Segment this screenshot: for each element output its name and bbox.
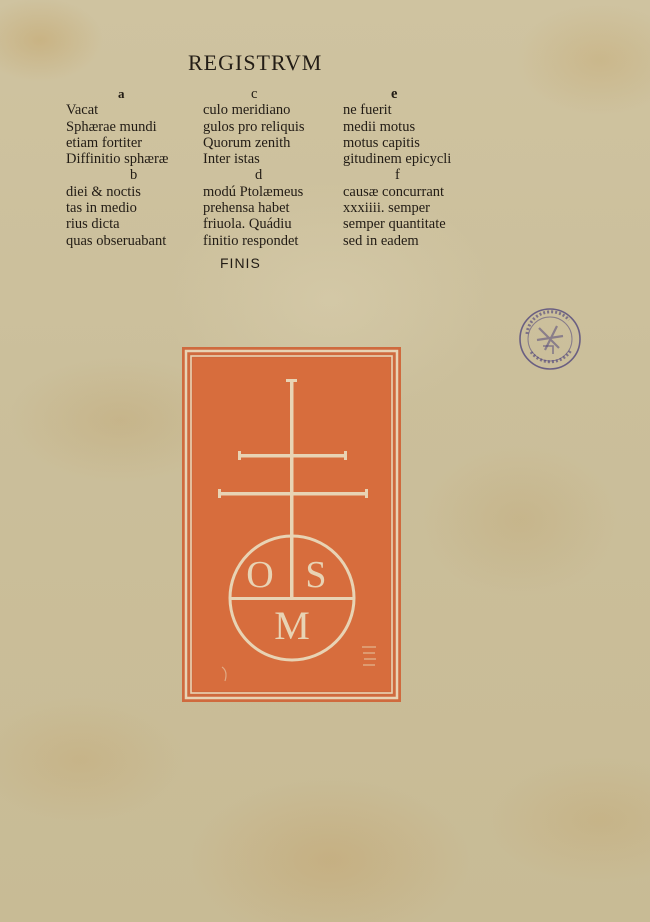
register-entry: xxxiiii. semper [343, 200, 451, 216]
orb-letter-o: O [246, 554, 273, 596]
signature-label: f [343, 167, 451, 183]
register-entry: finitio respondet [203, 233, 305, 249]
register-entry: gulos pro reliquis [203, 119, 305, 135]
register-entry: quas obseruabant [66, 233, 168, 249]
register-entry: prehensa habet [203, 200, 305, 216]
register-entry: friuola. Quádiu [203, 216, 305, 232]
register-entry: modú Ptolæmeus [203, 184, 305, 200]
register-column-1: a Vacat Sphærae mundi etiam fortiter Dif… [66, 86, 168, 249]
register-entry: Sphærae mundi [66, 119, 168, 135]
register-entry: sed in eadem [343, 233, 451, 249]
register-entry: semper quantitate [343, 216, 451, 232]
register-entry: Vacat [66, 102, 168, 118]
book-page: REGISTRVM a Vacat Sphærae mundi etiam fo… [0, 0, 650, 922]
orb-and-double-cross-icon: O S M [182, 347, 401, 702]
register-entry: etiam fortiter [66, 135, 168, 151]
printers-mark: O S M [182, 347, 401, 702]
register-entry: culo meridiano [203, 102, 305, 118]
signature-label: e [343, 86, 451, 102]
register-entry: medii motus [343, 119, 451, 135]
orb-letter-s: S [305, 554, 326, 596]
register-entry: causæ concurrant [343, 184, 451, 200]
register-entry: motus capitis [343, 135, 451, 151]
register-entry: Inter istas [203, 151, 305, 167]
orb-letter-m: M [274, 603, 310, 648]
register-entry: ne fuerit [343, 102, 451, 118]
page-title: REGISTRVM [188, 50, 322, 76]
register-entry: diei & noctis [66, 184, 168, 200]
register-entry: Diffinitio sphæræ [66, 151, 168, 167]
signature-label: c [203, 86, 305, 102]
register-column-2: c culo meridiano gulos pro reliquis Quor… [203, 86, 305, 249]
register-entry: tas in medio [66, 200, 168, 216]
register-entry: Quorum zenith [203, 135, 305, 151]
register-column-3: e ne fuerit medii motus motus capitis gi… [343, 86, 451, 249]
library-stamp-icon [517, 306, 583, 372]
register-entry: gitudinem epicycli [343, 151, 451, 167]
register-entry: rius dicta [66, 216, 168, 232]
signature-label: b [66, 167, 168, 183]
signature-label: a [66, 86, 168, 102]
signature-label: d [203, 167, 305, 183]
finis-label: FINIS [220, 255, 261, 271]
